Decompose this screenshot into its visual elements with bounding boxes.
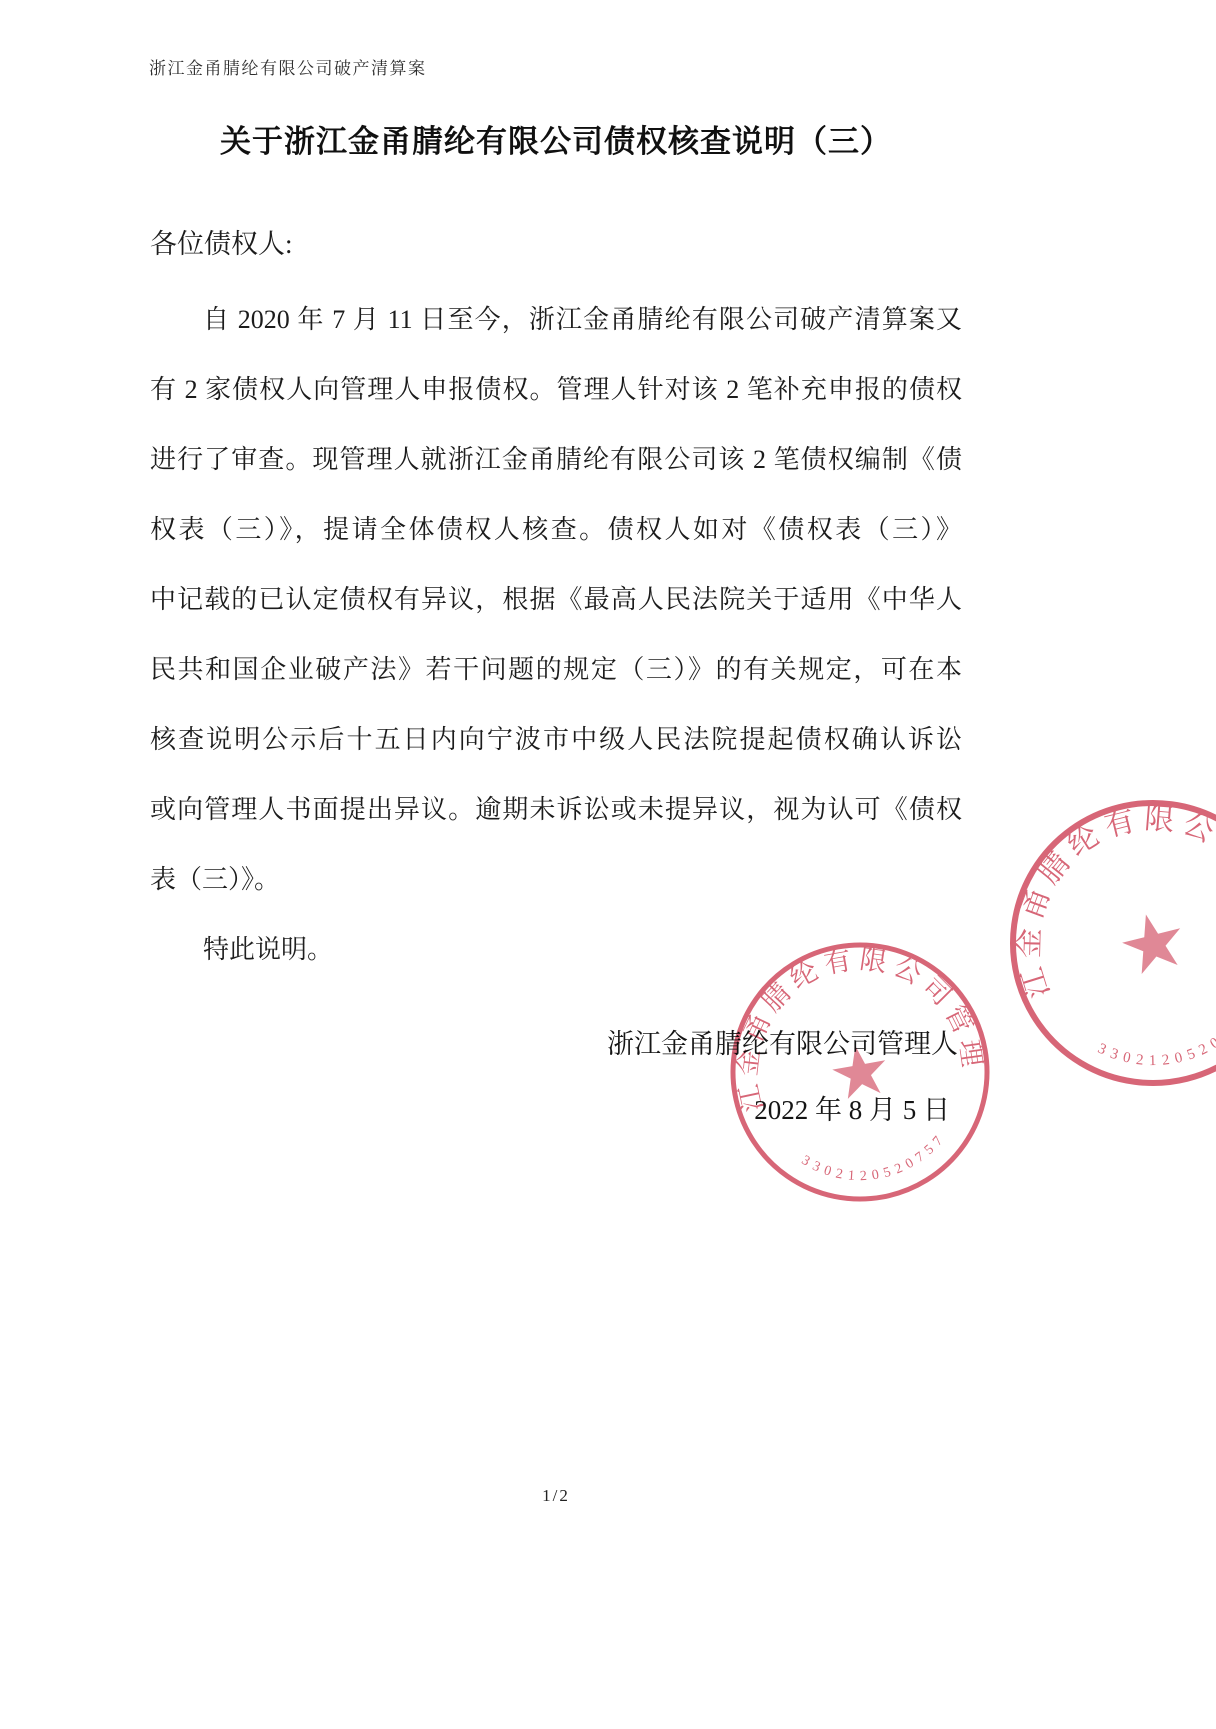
body-line: 有 2 家债权人向管理人申报债权。管理人针对该 2 笔补充申报的债权 (150, 355, 962, 425)
page-number: 1/2 (150, 1486, 962, 1506)
seal-star-icon: ★ (1109, 893, 1198, 994)
official-seal-main: 浙江金甬腈纶有限公司管理人 ★ 3302120520757 (682, 894, 1039, 1251)
body-line: 表（三）》。 (150, 845, 962, 915)
salutation: 各位债权人: (150, 222, 293, 261)
body-line: 或向管理人书面提出异议。逾期未诉讼或未提异议，视为认可《债权 (150, 775, 962, 845)
seal-star-icon: ★ (823, 1030, 898, 1117)
body-line: 权表（三）》，提请全体债权人核查。债权人如对《债权表（三）》 (150, 495, 962, 565)
body-line: 进行了审查。现管理人就浙江金甬腈纶有限公司该 2 笔债权编制《债 (150, 425, 962, 495)
body-paragraph: 自 2020 年 7 月 11 日至今，浙江金甬腈纶有限公司破产清算案又 有 2… (150, 285, 962, 915)
body-line: 自 2020 年 7 月 11 日至今，浙江金甬腈纶有限公司破产清算案又 (150, 285, 962, 355)
body-line: 中记载的已认定债权有异议，根据《最高人民法院关于适用《中华人 (150, 565, 962, 635)
body-line: 核查说明公示后十五日内向宁波市中级人民法院提起债权确认诉讼 (150, 705, 962, 775)
case-header: 浙江金甬腈纶有限公司破产清算案 (149, 54, 427, 79)
seal-serial-number: 3302120520757 (797, 1128, 955, 1196)
body-line: 民共和国企业破产法》若干问题的规定（三）》的有关规定，可在本 (150, 635, 962, 705)
page-title: 关于浙江金甬腈纶有限公司债权核查说明（三） (150, 116, 962, 161)
document-page: 浙江金甬腈纶有限公司破产清算案 关于浙江金甬腈纶有限公司债权核查说明（三） 各位… (0, 0, 1216, 1729)
